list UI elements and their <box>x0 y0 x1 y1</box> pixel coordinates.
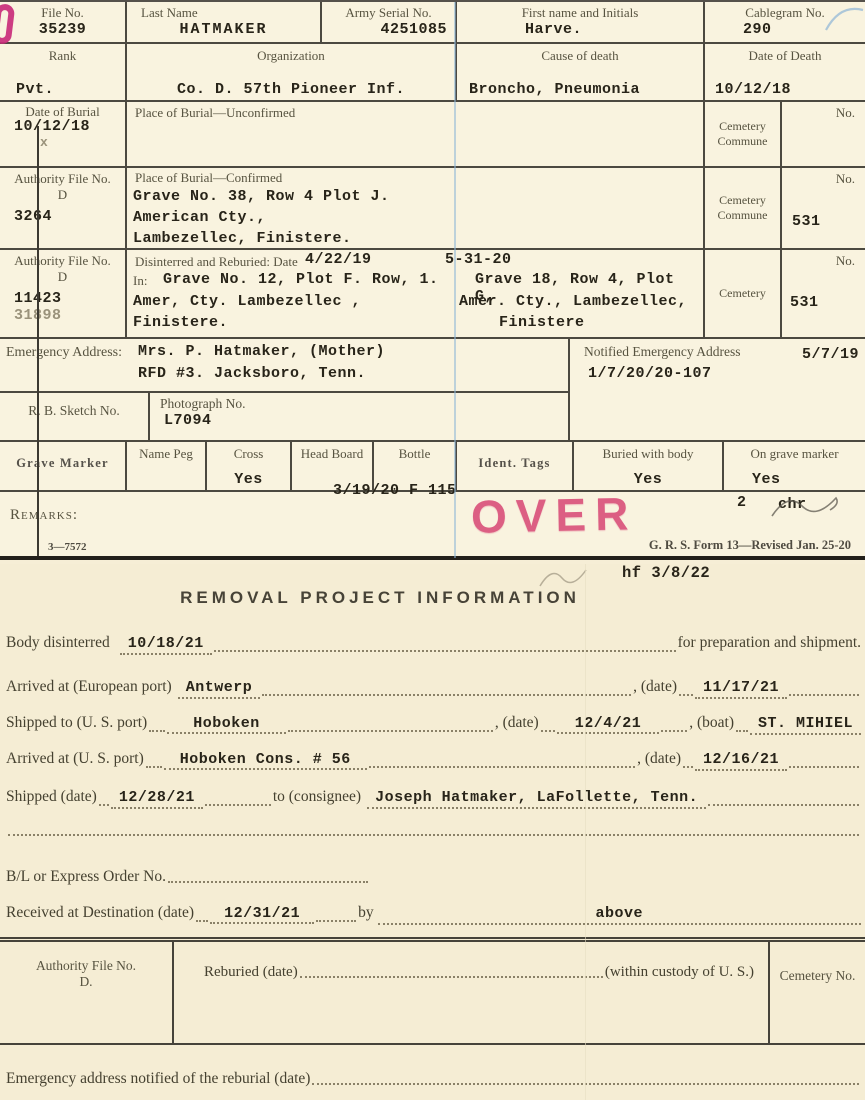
shipped-us-date-label: , (date) <box>495 714 539 732</box>
commune-label-1: Cemetery Commune <box>713 119 772 149</box>
cell-no-3: No. 531 <box>780 250 865 337</box>
removal-project-section: hf 3/8/22 REMOVAL PROJECT INFORMATION Bo… <box>0 564 865 1100</box>
blue-pen-crease <box>454 2 456 558</box>
pencil-scribble-hf <box>536 564 590 590</box>
authority-no-1: 3264 <box>0 208 125 225</box>
authority-no-2a: 11423 <box>0 290 125 307</box>
file-no-value: 35239 <box>0 21 125 38</box>
line-emergency-notified: Emergency address notified of the reburi… <box>6 1070 861 1088</box>
received-by-value: above <box>378 905 861 925</box>
cell-grave-marker: Grave Marker <box>0 442 125 490</box>
grave-marker-label: Grave Marker <box>0 442 125 471</box>
buried-with-body-value: Yes <box>574 471 722 488</box>
preparation-suffix: for preparation and shipment. <box>678 634 861 652</box>
dotted-leader <box>683 764 693 768</box>
arrived-european-date: 11/17/21 <box>695 679 787 699</box>
line-arrived-us: Arrived at (U. S. port) Hoboken Cons. # … <box>6 750 861 771</box>
cell-ident-tags: Ident. Tags <box>455 442 572 490</box>
dotted-leader <box>99 802 109 806</box>
authority-label-1: Authority File No. D <box>8 168 118 202</box>
cell-remarks: Remarks: 3—7572 G. R. S. Form 13—Revised… <box>0 492 865 556</box>
buried-with-body-label: Buried with body <box>574 442 722 462</box>
table-cemetery-no-label: Cemetery No. <box>770 942 865 984</box>
table-cell-cemetery-no: Cemetery No. <box>768 942 865 1043</box>
line-blank-rule <box>6 832 861 839</box>
notified-emergency-date: 5/7/19 <box>802 346 859 363</box>
cell-disinterred: Disinterred and Reburied: Date 4/22/19 5… <box>125 250 703 337</box>
head-board-label: Head Board <box>292 442 372 462</box>
row-remarks: Remarks: 3—7572 G. R. S. Form 13—Revised… <box>0 492 865 556</box>
grs-form-card: File No. 35239 Last Name HATMAKER Army S… <box>0 0 865 560</box>
received-by-label: by <box>358 904 374 922</box>
shipped-date-label: Shipped (date) <box>6 788 97 806</box>
over-stamp: OVER <box>470 486 637 543</box>
form-number-footnote: 3—7572 <box>48 541 87 553</box>
row-burial-unconfirmed: Date of Burial 10/12/18 x Place of Buria… <box>0 102 865 168</box>
place-unconfirmed-label: Place of Burial—Unconfirmed <box>127 102 703 121</box>
on-grave-marker-label: On grave marker <box>724 442 865 462</box>
bottle-label: Bottle <box>374 442 455 462</box>
cell-first-name: First name and Initials Harve. <box>455 2 703 42</box>
reburied-label: Reburied (date) <box>204 964 298 981</box>
cell-place-confirmed: Place of Burial—Confirmed Grave No. 38, … <box>125 168 703 248</box>
emergency-notified-label: Emergency address notified of the reburi… <box>6 1070 310 1088</box>
cell-date-of-death: Date of Death 10/12/18 <box>703 44 865 100</box>
serial-value: 4251085 <box>322 21 455 38</box>
emergency-address-label: Emergency Address: <box>6 345 122 362</box>
cell-date-of-burial: Date of Burial 10/12/18 x <box>0 102 125 166</box>
no-label-1: No. <box>836 105 855 121</box>
received-destination-date: 12/31/21 <box>210 905 314 924</box>
dotted-rule <box>8 832 859 836</box>
row-disinterred: Authority File No. D 11423 31898 Disinte… <box>0 250 865 339</box>
dotted-leader <box>149 728 165 732</box>
count-note: 2 <box>737 494 747 511</box>
on-grave-marker-value: Yes <box>724 471 865 488</box>
cell-file-no: File No. 35239 <box>0 2 125 42</box>
cross-label: Cross <box>207 442 290 462</box>
dotted-leader <box>196 918 208 922</box>
grave-right-line-2: Amer. Cty., Lambezellec, <box>459 293 687 310</box>
dotted-leader <box>736 728 748 732</box>
place-confirmed-value: Grave No. 38, Row 4 Plot J. American Cty… <box>127 186 703 249</box>
cell-authority-2: Authority File No. D 11423 31898 <box>0 250 125 337</box>
cemetery-no-3: 531 <box>790 294 819 311</box>
first-name-value: Harve. <box>457 21 703 38</box>
cell-photograph-no: Photograph No. L7094 <box>148 393 568 440</box>
cause-label: Cause of death <box>457 44 703 64</box>
cross-value: Yes <box>207 471 290 488</box>
cell-rank: Rank Pvt. <box>0 44 125 100</box>
bl-express-label: B/L or Express Order No. <box>6 868 166 886</box>
line-bl-express: B/L or Express Order No. <box>6 868 861 886</box>
cell-buried-with-body: Buried with body Yes <box>572 442 722 490</box>
last-name-value: HATMAKER <box>127 21 320 38</box>
place-confirmed-label: Place of Burial—Confirmed <box>127 168 703 186</box>
cell-notified-emergency: Notified Emergency Address 5/7/19 1/7/20… <box>568 339 865 440</box>
received-destination-label: Received at Destination (date) <box>6 904 194 922</box>
rank-value: Pvt. <box>0 81 125 98</box>
grave-left-line-1: Grave No. 12, Plot F. Row, 1. <box>163 271 439 288</box>
dod-value: 10/12/18 <box>705 81 865 98</box>
dotted-leader <box>789 764 859 768</box>
dotted-leader <box>262 692 631 696</box>
paper-crease <box>585 564 586 1100</box>
cell-emergency-address: Emergency Address: Mrs. P. Hatmaker, (Mo… <box>0 339 568 393</box>
cell-no-2: No. 531 <box>780 168 865 248</box>
body-disinterred-label: Body disinterred <box>6 634 110 652</box>
shipped-us-date: 12/4/21 <box>557 715 660 734</box>
no-label-3: No. <box>836 253 855 269</box>
arrived-us-port: Hoboken Cons. # 56 <box>164 751 367 770</box>
last-name-label: Last Name <box>127 2 320 21</box>
arrived-us-label: Arrived at (U. S. port) <box>6 750 144 768</box>
arrived-us-date-label: , (date) <box>637 750 681 768</box>
body-disinterred-date: 10/18/21 <box>120 635 212 655</box>
dod-label: Date of Death <box>705 44 865 64</box>
cell-last-name: Last Name HATMAKER <box>125 2 320 42</box>
cell-on-grave-marker: On grave marker Yes <box>722 442 865 490</box>
blue-corner-mark <box>824 2 865 32</box>
cell-cemetery-label: Cemetery <box>703 250 780 337</box>
consignee-label: to (consignee) <box>273 788 361 806</box>
cause-value: Broncho, Pneumonia <box>457 81 703 98</box>
commune-label-2: Cemetery Commune <box>713 193 772 223</box>
dotted-leader <box>214 648 676 652</box>
boat-label: , (boat) <box>689 714 734 732</box>
document-page: File No. 35239 Last Name HATMAKER Army S… <box>0 0 865 1100</box>
dotted-leader <box>541 728 555 732</box>
line-received-destination: Received at Destination (date) 12/31/21 … <box>6 904 861 925</box>
dotted-leader <box>288 728 493 732</box>
removal-title: REMOVAL PROJECT INFORMATION <box>0 588 760 608</box>
row-identity: File No. 35239 Last Name HATMAKER Army S… <box>0 2 865 44</box>
no-label-2: No. <box>836 171 855 187</box>
table-cell-authority: Authority File No. D. <box>0 942 172 1043</box>
line-body-disinterred: Body disinterred 10/18/21 for preparatio… <box>6 634 861 655</box>
cell-organization: Organization Co. D. 57th Pioneer Inf. <box>125 44 455 100</box>
dotted-leader <box>300 974 603 978</box>
authority-label-2: Authority File No. D <box>8 250 118 284</box>
cell-authority-1: Authority File No. D 3264 <box>0 168 125 248</box>
authority-no-2b: 31898 <box>0 307 125 324</box>
cell-place-unconfirmed: Place of Burial—Unconfirmed <box>125 102 703 166</box>
file-no-label: File No. <box>0 2 125 21</box>
cell-commune-1: Cemetery Commune <box>703 102 780 166</box>
burial-x-mark: x <box>0 135 125 150</box>
cemetery-no-2: 531 <box>792 213 821 230</box>
dotted-leader <box>679 692 693 696</box>
remarks-label: Remarks: <box>10 506 78 524</box>
custody-label: (within custody of U. S.) <box>605 964 754 981</box>
pencil-scribble-chr <box>766 488 844 524</box>
boat-value: ST. MIHIEL <box>750 715 861 735</box>
cell-no-1: No. <box>780 102 865 166</box>
shipped-us-label: Shipped to (U. S. port) <box>6 714 147 732</box>
row-burial-confirmed: Authority File No. D 3264 Place of Buria… <box>0 168 865 250</box>
cell-commune-2: Cemetery Commune <box>703 168 780 248</box>
cell-cross: Cross Yes <box>205 442 290 490</box>
row-rank-org: Rank Pvt. Organization Co. D. 57th Pione… <box>0 44 865 102</box>
table-authority-label: Authority File No. D. <box>0 942 172 990</box>
cell-name-peg: Name Peg <box>125 442 205 490</box>
dotted-leader <box>789 692 859 696</box>
notified-emergency-value: 1/7/20/20-107 <box>588 365 712 382</box>
in-label: In: <box>133 273 147 289</box>
dotted-leader <box>708 802 859 806</box>
arrived-us-date: 12/16/21 <box>695 751 787 771</box>
marker-date-note: 3/19/20 F 115 <box>333 482 457 499</box>
shipped-date: 12/28/21 <box>111 789 203 809</box>
notified-emergency-label: Notified Emergency Address <box>584 344 740 360</box>
arrived-european-port: Antwerp <box>178 679 261 699</box>
rank-label: Rank <box>0 44 125 64</box>
dotted-leader <box>369 764 635 768</box>
dotted-leader <box>146 764 162 768</box>
cell-serial: Army Serial No. 4251085 <box>320 2 455 42</box>
dotted-leader <box>316 918 356 922</box>
ident-tags-label: Ident. Tags <box>457 442 572 471</box>
sketch-no-label: R. B. Sketch No. <box>0 393 148 419</box>
clerk-annotation: hf 3/8/22 <box>622 564 710 582</box>
grave-left-line-3: Finistere. <box>133 314 228 331</box>
serial-label: Army Serial No. <box>322 2 455 21</box>
first-name-label: First name and Initials <box>457 2 703 21</box>
organization-value: Co. D. 57th Pioneer Inf. <box>127 81 455 98</box>
arrived-european-label: Arrived at (European port) <box>6 678 172 696</box>
photograph-no-label: Photograph No. <box>150 393 568 412</box>
arrived-european-date-label: , (date) <box>633 678 677 696</box>
cemetery-label: Cemetery <box>719 286 766 301</box>
card-left-rule <box>37 126 39 556</box>
line-arrived-european: Arrived at (European port) Antwerp , (da… <box>6 678 861 699</box>
burial-date-value: 10/12/18 <box>0 118 125 135</box>
name-peg-label: Name Peg <box>127 442 205 462</box>
emergency-address-value: Mrs. P. Hatmaker, (Mother) RFD #3. Jacks… <box>138 341 385 385</box>
dotted-leader <box>205 802 271 806</box>
shipped-us-port: Hoboken <box>167 715 286 734</box>
cell-sketch-no: R. B. Sketch No. <box>0 393 148 440</box>
cell-cause-of-death: Cause of death Broncho, Pneumonia <box>455 44 703 100</box>
reburial-table: Authority File No. D. Reburied (date) (w… <box>0 937 865 1045</box>
line-shipped-us: Shipped to (U. S. port) Hoboken , (date)… <box>6 714 861 735</box>
dotted-leader <box>661 728 687 732</box>
disinterred-date-1: 4/22/19 <box>305 251 372 268</box>
photograph-no-value: L7094 <box>150 412 568 429</box>
organization-label: Organization <box>127 44 455 64</box>
table-cell-reburied: Reburied (date) (within custody of U. S.… <box>172 942 768 1043</box>
emergency-sketch-left: Emergency Address: Mrs. P. Hatmaker, (Mo… <box>0 339 568 440</box>
grave-right-line-3: Finistere <box>499 314 585 331</box>
disinterred-label: Disinterred and Reburied: Date <box>135 254 298 270</box>
sketch-photo-subrow: R. B. Sketch No. Photograph No. L7094 <box>0 393 568 440</box>
dotted-leader <box>168 879 368 883</box>
reburied-line: Reburied (date) (within custody of U. S.… <box>174 942 768 981</box>
line-shipped-consignee: Shipped (date) 12/28/21 to (consignee) J… <box>6 788 861 809</box>
grave-left-line-2: Amer, Cty. Lambezellec , <box>133 293 361 310</box>
form-revision-footnote: G. R. S. Form 13—Revised Jan. 25-20 <box>649 538 851 553</box>
consignee-value: Joseph Hatmaker, LaFollette, Tenn. <box>367 789 706 809</box>
row-emergency-sketch: Emergency Address: Mrs. P. Hatmaker, (Mo… <box>0 339 865 442</box>
